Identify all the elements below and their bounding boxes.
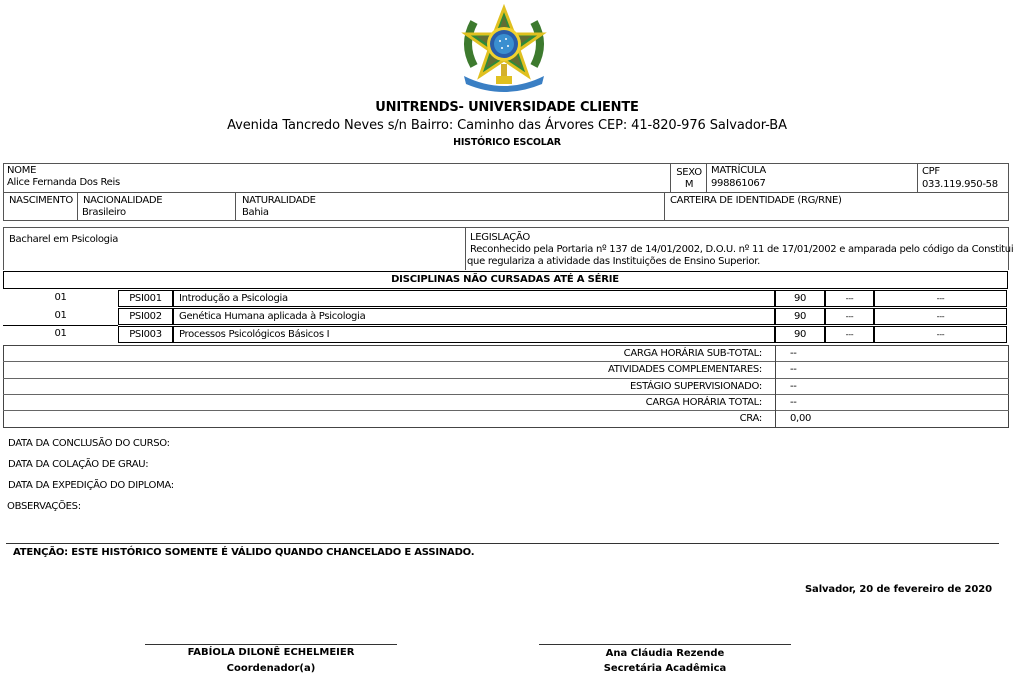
cpf-label: CPF bbox=[922, 166, 940, 178]
totals-label: ESTÁGIO SUPERVISIONADO: bbox=[500, 381, 762, 393]
place-date: Salvador, 20 de fevereiro de 2020 bbox=[700, 584, 992, 595]
cpf-cell: CPF 033.119.950-58 bbox=[918, 163, 1009, 193]
table-row: 01PSI002Genética Humana aplicada à Psico… bbox=[0, 308, 1014, 325]
carga-cell: 90 bbox=[775, 308, 825, 325]
sexo-value: M bbox=[671, 179, 707, 191]
codigo-cell: PSI003 bbox=[118, 326, 173, 343]
totals-column-divider bbox=[775, 345, 776, 428]
institution-name: UNITRENDS- UNIVERSIDADE CLIENTE bbox=[0, 100, 1014, 115]
carga-cell: 90 bbox=[775, 326, 825, 343]
colacao-label: DATA DA COLAÇÃO DE GRAU: bbox=[8, 459, 148, 471]
naturalidade-value: Bahia bbox=[242, 207, 269, 219]
situacao-cell: --- bbox=[874, 290, 1007, 307]
totals-value: -- bbox=[790, 381, 797, 393]
legislacao-text-line2: que regulariza a atividade das Instituiç… bbox=[467, 256, 760, 268]
disciplinas-title: DISCIPLINAS NÃO CURSADAS ATÉ A SÉRIE bbox=[4, 274, 1006, 285]
totals-value: 0,00 bbox=[790, 413, 811, 425]
observacoes-label: OBSERVAÇÕES: bbox=[7, 501, 81, 513]
totals-value: -- bbox=[790, 364, 797, 376]
course-name-cell: Bacharel em Psicologia bbox=[3, 227, 466, 270]
table-row: 01PSI003Processos Psicológicos Básicos I… bbox=[0, 326, 1014, 343]
carga-cell: 90 bbox=[775, 290, 825, 307]
totals-divider bbox=[3, 361, 1009, 362]
sexo-cell: SEXO M bbox=[671, 163, 707, 193]
totals-value: -- bbox=[790, 348, 797, 360]
totals-label: ATIVIDADES COMPLEMENTARES: bbox=[500, 364, 762, 376]
nota-cell: --- bbox=[825, 308, 874, 325]
serie-cell: 01 bbox=[3, 290, 118, 307]
situacao-cell: --- bbox=[874, 326, 1007, 343]
nota-cell: --- bbox=[825, 290, 874, 307]
cpf-value: 033.119.950-58 bbox=[922, 179, 998, 191]
signature-name-secretary: Ana Cláudia Rezende bbox=[539, 648, 791, 659]
sexo-label: SEXO bbox=[671, 167, 707, 179]
naturalidade-label: NATURALIDADE bbox=[242, 195, 316, 207]
totals-divider bbox=[3, 394, 1009, 395]
signature-name-coordinator: FABÍOLA DILONÊ ECHELMEIER bbox=[145, 647, 397, 658]
nacionalidade-value: Brasileiro bbox=[82, 207, 126, 219]
disciplina-nome-cell: Introdução a Psicologia bbox=[173, 290, 775, 307]
document-title: HISTÓRICO ESCOLAR bbox=[0, 137, 1014, 148]
totals-label: CARGA HORÁRIA SUB-TOTAL: bbox=[500, 348, 762, 360]
signature-line-coordinator bbox=[145, 644, 397, 645]
course-name: Bacharel em Psicologia bbox=[9, 234, 118, 246]
conclusao-label: DATA DA CONCLUSÃO DO CURSO: bbox=[8, 438, 170, 450]
disciplina-nome-cell: Genética Humana aplicada à Psicologia bbox=[173, 308, 775, 325]
situacao-cell: --- bbox=[874, 308, 1007, 325]
signature-role-secretary: Secretária Acadêmica bbox=[539, 663, 791, 674]
nome-value: Alice Fernanda Dos Reis bbox=[7, 177, 120, 189]
totals-value: -- bbox=[790, 397, 797, 409]
nascimento-label: NASCIMENTO bbox=[9, 195, 73, 207]
totals-label: CARGA HORÁRIA TOTAL: bbox=[500, 397, 762, 409]
totals-divider bbox=[3, 410, 1009, 411]
legislacao-label: LEGISLAÇÃO bbox=[470, 232, 530, 244]
naturalidade-cell: NATURALIDADE Bahia bbox=[236, 192, 665, 221]
serie-cell: 01 bbox=[3, 308, 118, 325]
institution-address: Avenida Tancredo Neves s/n Bairro: Camin… bbox=[0, 118, 1014, 133]
codigo-cell: PSI002 bbox=[118, 308, 173, 325]
serie-cell: 01 bbox=[3, 326, 118, 343]
matricula-cell: MATRÍCULA 998861067 bbox=[707, 163, 918, 193]
rg-cell: CARTEIRA DE IDENTIDADE (RG/RNE) bbox=[665, 192, 1009, 221]
signature-line-secretary bbox=[539, 644, 791, 645]
codigo-cell: PSI001 bbox=[118, 290, 173, 307]
disciplinas-header: DISCIPLINAS NÃO CURSADAS ATÉ A SÉRIE bbox=[3, 271, 1008, 289]
expedicao-label: DATA DA EXPEDIÇÃO DO DIPLOMA: bbox=[8, 480, 174, 492]
matricula-label: MATRÍCULA bbox=[711, 165, 766, 177]
nome-cell: NOME Alice Fernanda Dos Reis bbox=[3, 163, 671, 193]
rg-label: CARTEIRA DE IDENTIDADE (RG/RNE) bbox=[670, 195, 842, 207]
nota-cell: --- bbox=[825, 326, 874, 343]
nome-label: NOME bbox=[7, 165, 36, 177]
notice-divider bbox=[6, 543, 999, 544]
nacionalidade-label: NACIONALIDADE bbox=[83, 195, 162, 207]
validity-notice: ATENÇÃO: ESTE HISTÓRICO SOMENTE É VÁLIDO… bbox=[13, 547, 474, 558]
signature-role-coordinator: Coordenador(a) bbox=[145, 663, 397, 674]
matricula-value: 998861067 bbox=[711, 178, 766, 190]
totals-divider bbox=[3, 378, 1009, 379]
legislacao-cell: LEGISLAÇÃO Reconhecido pela Portaria nº … bbox=[466, 227, 1009, 270]
legislacao-text-line1: Reconhecido pela Portaria nº 137 de 14/0… bbox=[470, 244, 1014, 256]
table-row: 01PSI001Introdução a Psicologia90------ bbox=[0, 290, 1014, 307]
totals-label: CRA: bbox=[500, 413, 762, 425]
nacionalidade-cell: NACIONALIDADE Brasileiro bbox=[78, 192, 236, 221]
disciplina-nome-cell: Processos Psicológicos Básicos I bbox=[173, 326, 775, 343]
brazil-coat-of-arms-icon bbox=[456, 4, 552, 92]
nascimento-cell: NASCIMENTO bbox=[3, 192, 78, 221]
